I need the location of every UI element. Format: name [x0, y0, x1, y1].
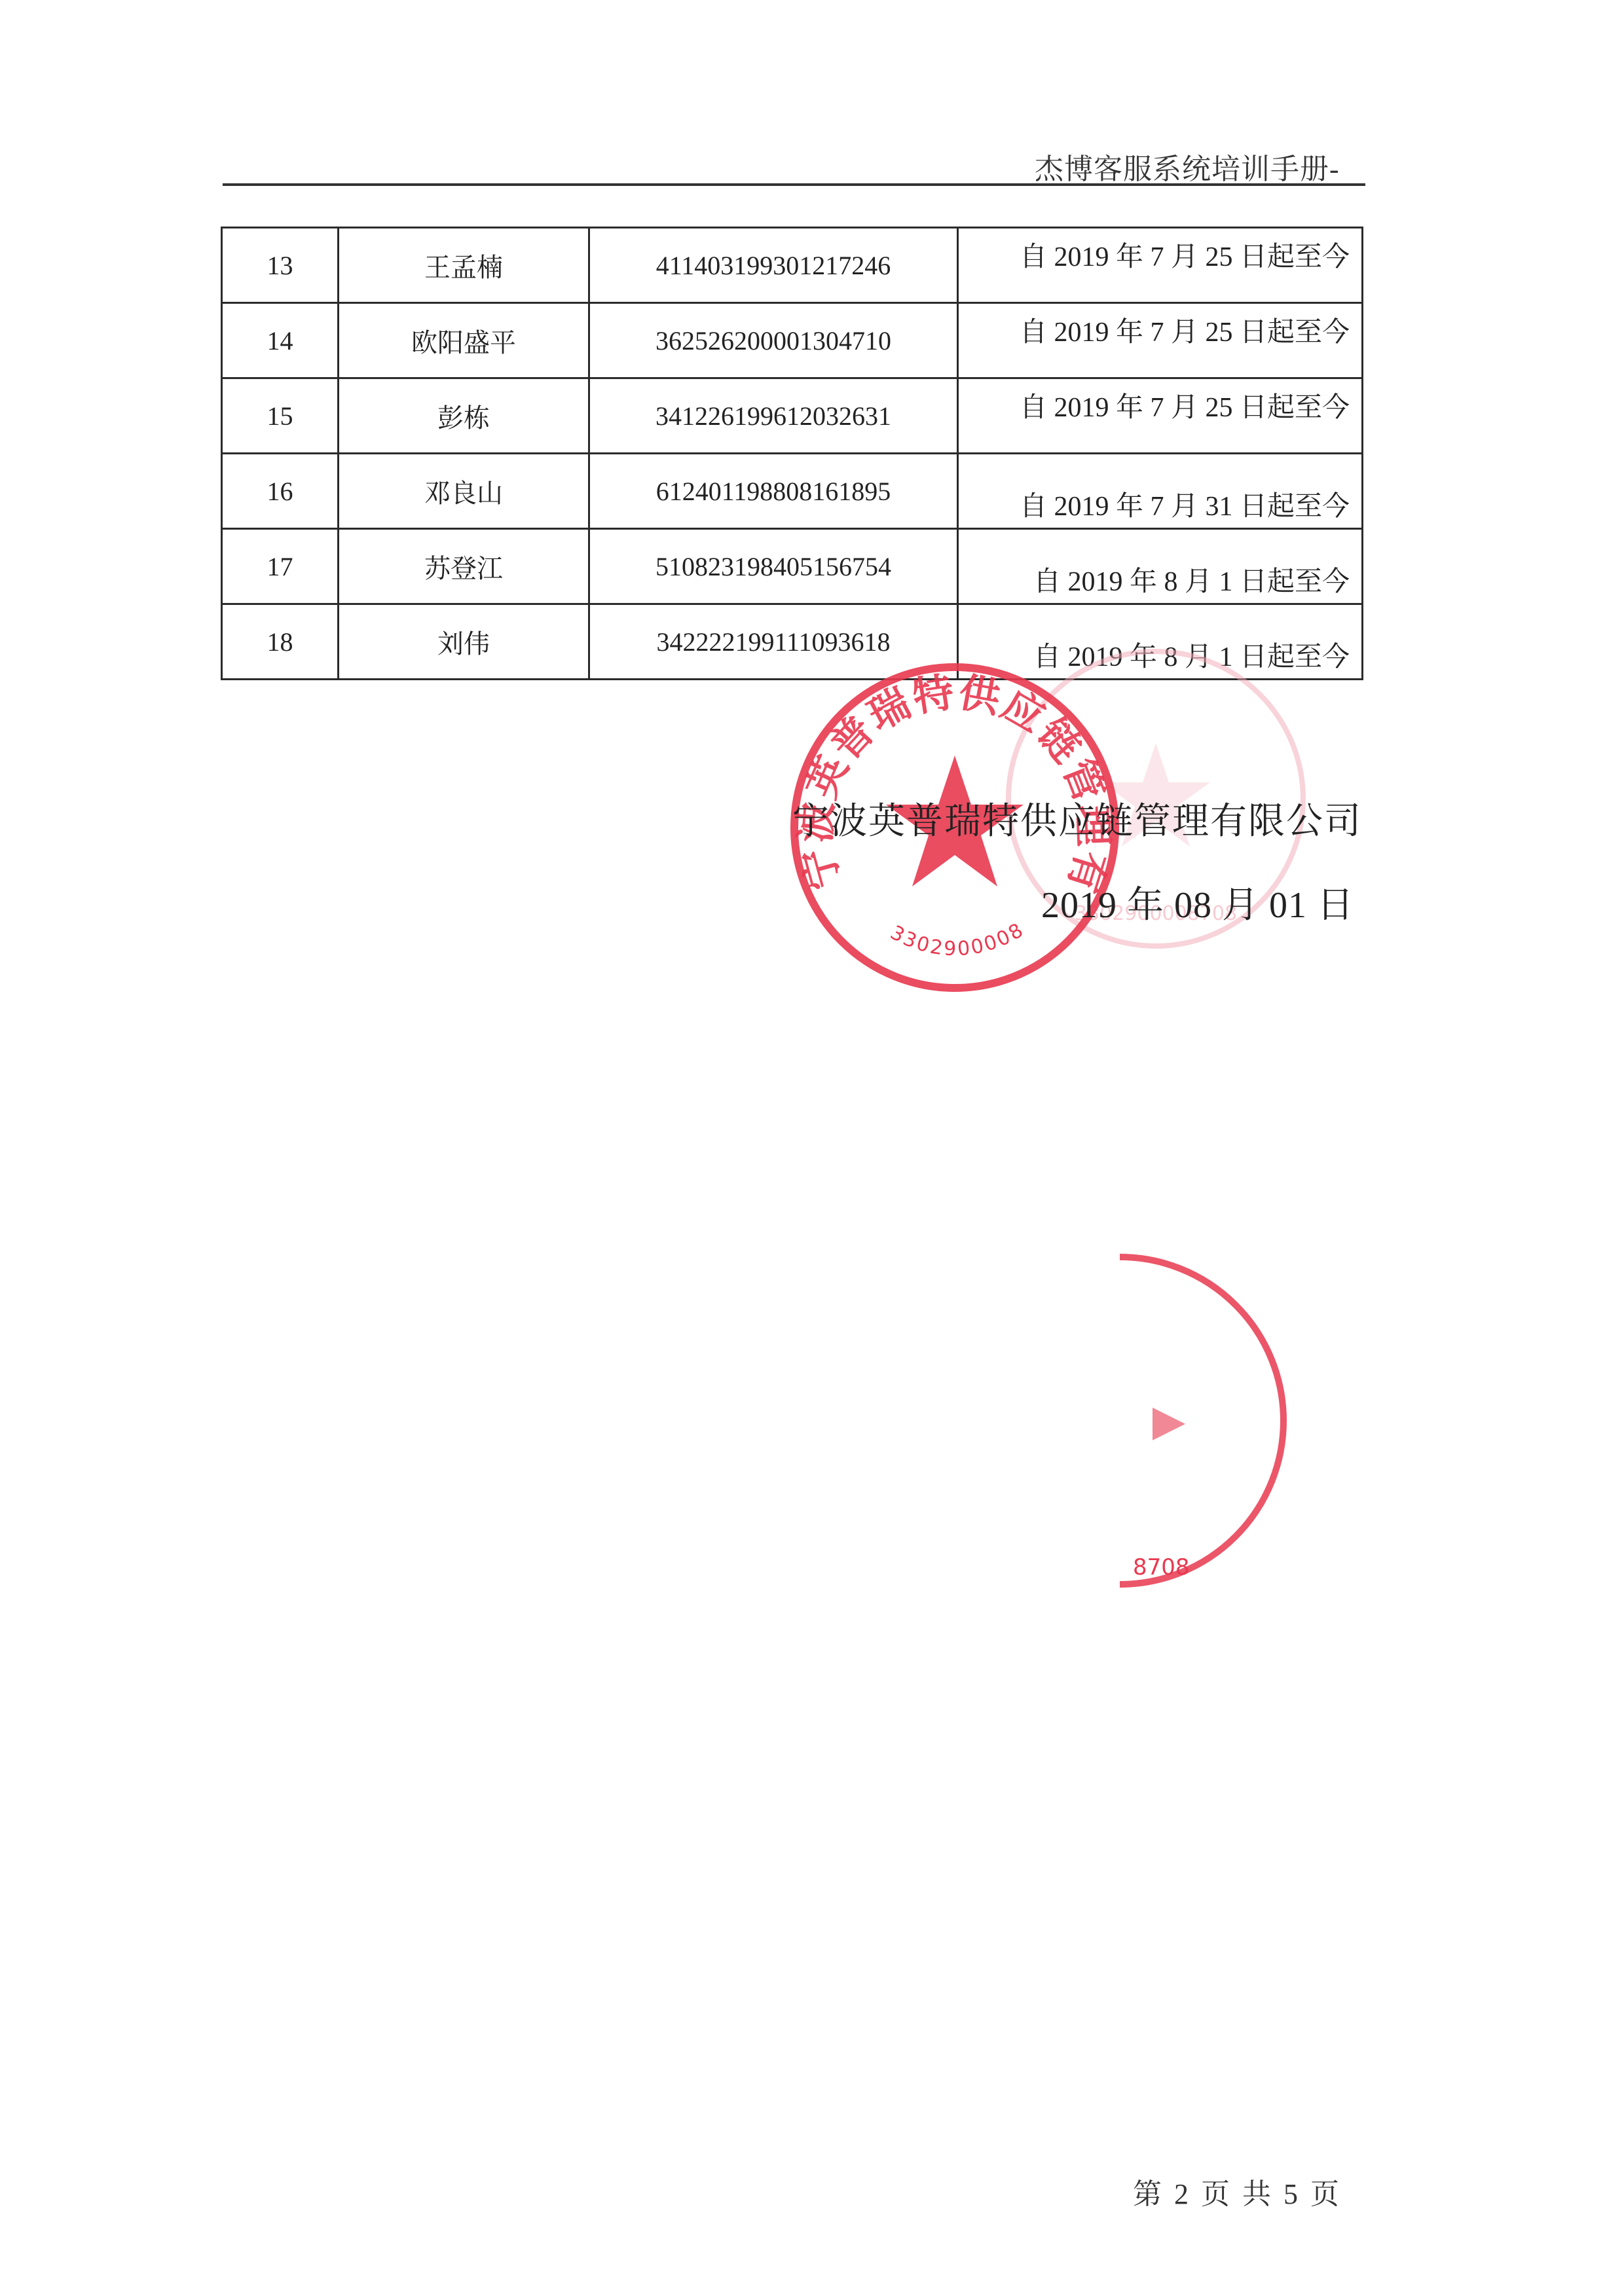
partial-seal-icon: 8708 — [1113, 1250, 1323, 1591]
employment-since-cell: 自 2019 年 7 月 31 日起至今 — [958, 454, 1363, 529]
employment-since: 自 2019 年 8 月 1 日起至今 — [1033, 635, 1350, 674]
table-row: 14欧阳盛平362526200001304710自 2019 年 7 月 25 … — [222, 303, 1363, 378]
row-number: 16 — [222, 454, 339, 529]
svg-text:宁波英普瑞特供应链管理有限公司: 宁波英普瑞特供应链管理有限公司 — [784, 657, 1118, 900]
row-number: 13 — [222, 228, 339, 303]
row-number: 18 — [222, 604, 339, 680]
employment-since-cell: 自 2019 年 7 月 25 日起至今 — [958, 303, 1363, 378]
row-number: 17 — [222, 529, 339, 604]
id-number: 612401198808161895 — [589, 454, 958, 529]
employment-since: 自 2019 年 7 月 25 日起至今 — [1020, 235, 1350, 274]
employee-name: 王孟楠 — [339, 228, 589, 303]
svg-text:8708: 8708 — [1133, 1554, 1190, 1580]
employment-since-cell: 自 2019 年 7 月 25 日起至今 — [958, 378, 1363, 454]
row-number: 14 — [222, 303, 339, 378]
employment-since-cell: 自 2019 年 8 月 1 日起至今 — [958, 604, 1363, 680]
employee-name: 苏登江 — [339, 529, 589, 604]
employee-name: 邓良山 — [339, 454, 589, 529]
table-row: 13王孟楠411403199301217246自 2019 年 7 月 25 日… — [222, 228, 1363, 303]
employment-since: 自 2019 年 8 月 1 日起至今 — [1033, 560, 1350, 599]
id-number: 362526200001304710 — [589, 303, 958, 378]
id-number: 510823198405156754 — [589, 529, 958, 604]
id-number: 411403199301217246 — [589, 228, 958, 303]
header-title: 杰博客服系统培训手册- — [1035, 145, 1340, 187]
table-row: 15彭栋341226199612032631自 2019 年 7 月 25 日起… — [222, 378, 1363, 454]
header-divider — [223, 183, 1365, 186]
employment-since-cell: 自 2019 年 8 月 1 日起至今 — [958, 529, 1363, 604]
table-row: 17苏登江510823198405156754自 2019 年 8 月 1 日起… — [222, 529, 1363, 604]
table-row: 16邓良山612401198808161895自 2019 年 7 月 31 日… — [222, 454, 1363, 529]
signature-date: 2019 年 08 月 01 日 — [1041, 876, 1354, 928]
employment-since-cell: 自 2019 年 7 月 25 日起至今 — [958, 228, 1363, 303]
employee-name: 欧阳盛平 — [339, 303, 589, 378]
table-row: 18刘伟342222199111093618自 2019 年 8 月 1 日起至… — [222, 604, 1363, 680]
employment-since: 自 2019 年 7 月 25 日起至今 — [1020, 310, 1350, 350]
employment-since: 自 2019 年 7 月 25 日起至今 — [1020, 386, 1350, 425]
employment-since: 自 2019 年 7 月 31 日起至今 — [1020, 484, 1350, 524]
company-name: 宁波英普瑞特供应链管理有限公司 — [792, 792, 1362, 845]
employee-name: 彭栋 — [339, 378, 589, 454]
id-number: 341226199612032631 — [589, 378, 958, 454]
id-number: 342222199111093618 — [589, 604, 958, 680]
row-number: 15 — [222, 378, 339, 454]
employee-name: 刘伟 — [339, 604, 589, 680]
staff-table: 13王孟楠411403199301217246自 2019 年 7 月 25 日… — [221, 227, 1363, 680]
page-number: 第 2 页 共 5 页 — [1133, 2170, 1339, 2212]
